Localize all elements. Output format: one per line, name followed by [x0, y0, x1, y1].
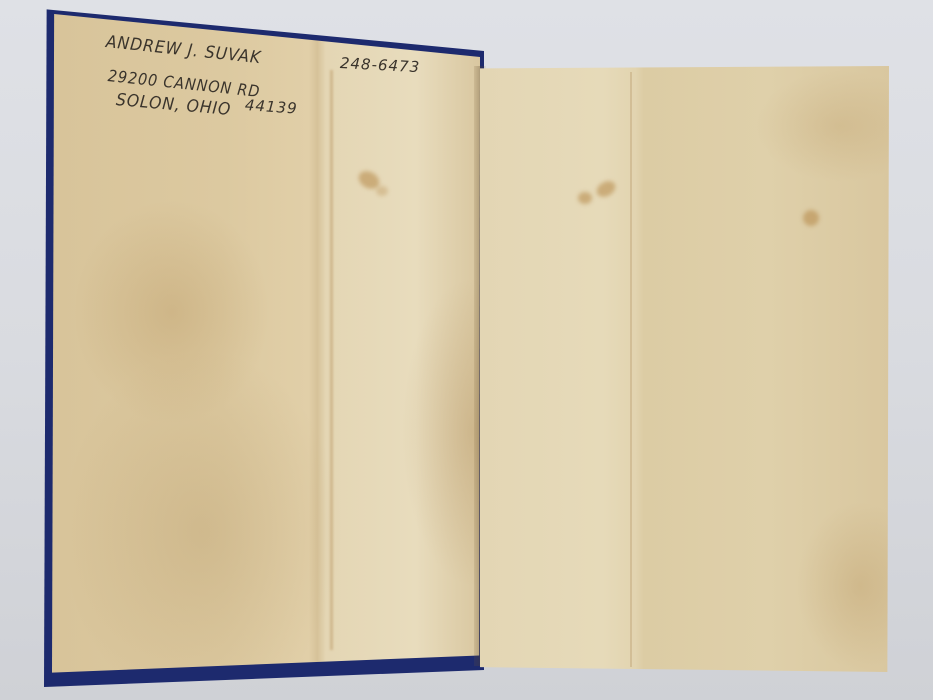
photo-scene: ANDREW J. SUVAK 29200 CANNON RD SOLON, O… [0, 0, 933, 700]
stain-right-page-smudge [578, 192, 592, 204]
stain-left-page-small [376, 186, 388, 196]
inscription-zip: 44139 [244, 96, 298, 118]
pastedown-hinge-line [330, 70, 333, 650]
endpaper-fold-line [630, 72, 632, 667]
stain-right-page-spot [803, 210, 819, 226]
free-endpaper-page [480, 66, 889, 672]
